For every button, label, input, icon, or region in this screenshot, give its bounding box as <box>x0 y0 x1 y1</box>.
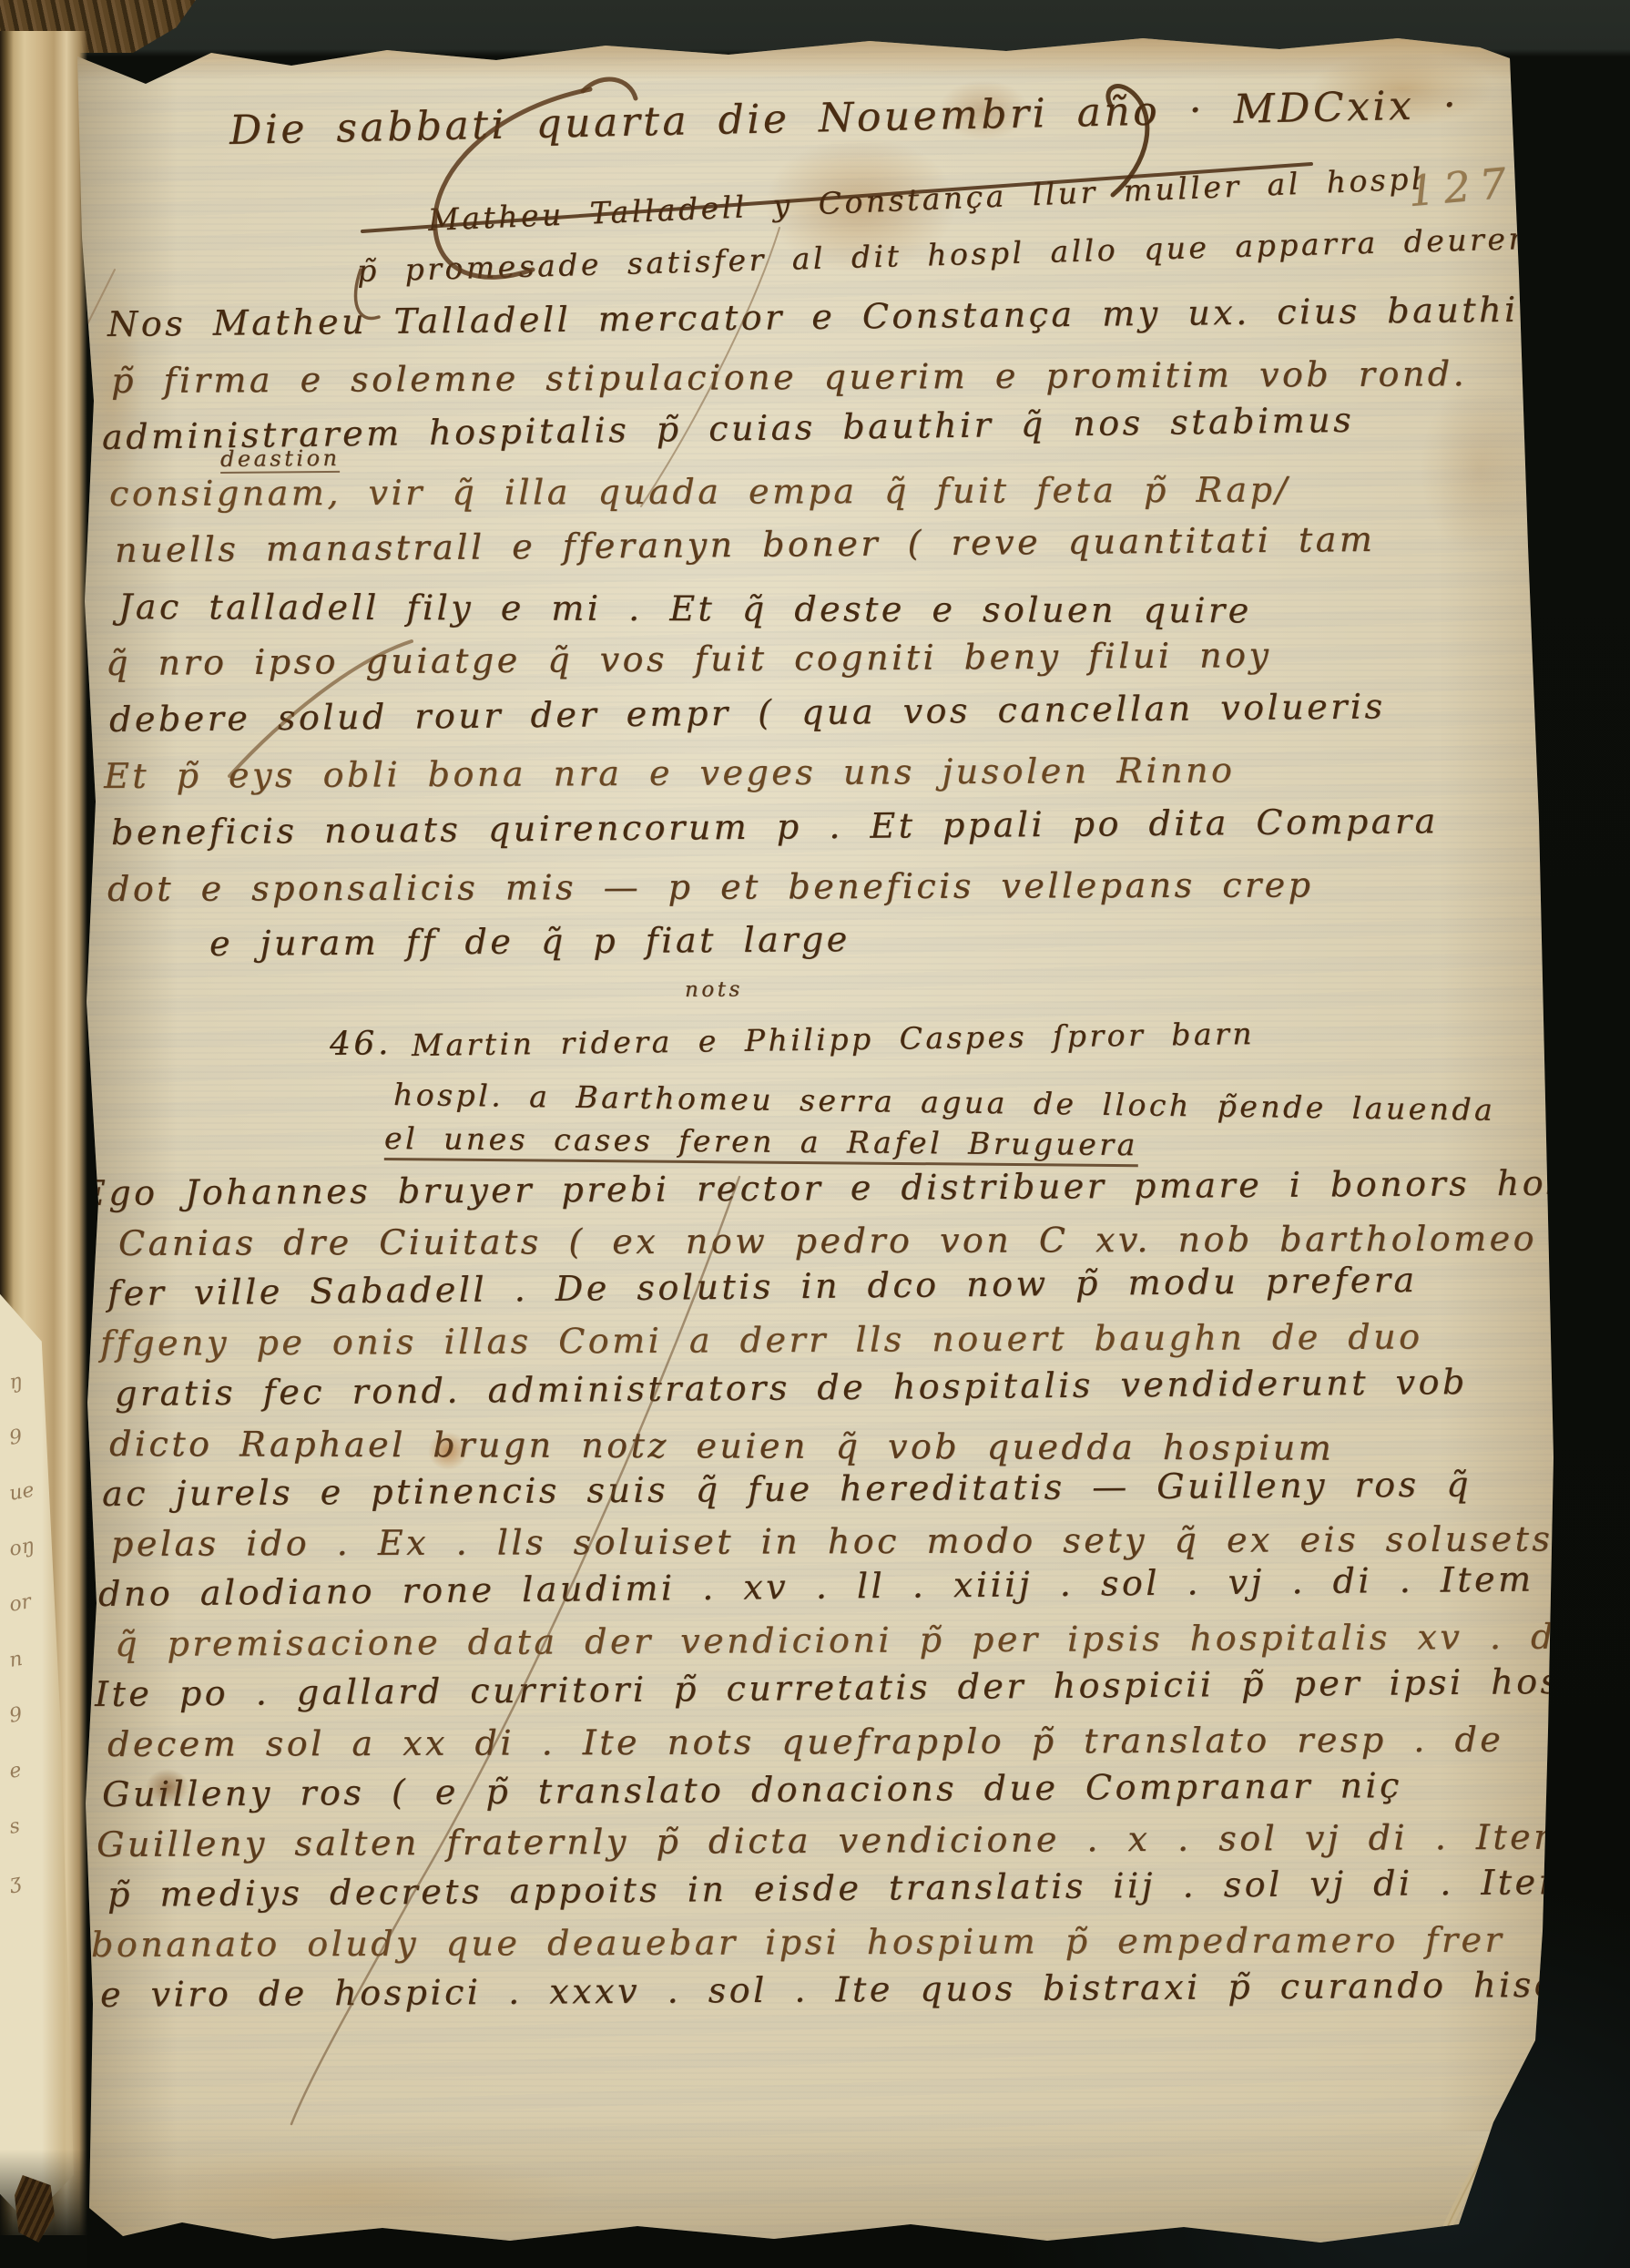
stain <box>1421 383 1539 556</box>
manuscript-line: p̃ firma e solemne stipulacione querim e… <box>111 353 1467 401</box>
manuscript-line: pelas ido . Ex . lls soluiset in hoc mod… <box>111 1518 1554 1564</box>
manuscript-line: dicto Raphael brugn notz euien q̃ vob qu… <box>109 1424 1334 1468</box>
manuscript-line: consignam, vir q̃ illa quada empa q̃ fui… <box>109 469 1290 514</box>
text-fragment: 9 <box>7 1416 74 1450</box>
manuscript-line: Et p̃ eys obli bona nra e veges uns juso… <box>104 750 1235 796</box>
manuscript-line: Jac talladell fily e mi . Et q̃ deste e … <box>118 587 1252 630</box>
text-fragment: ue <box>7 1472 74 1506</box>
manuscript-line: q̃ nro ipso guiatge q̃ vos fuit cogniti … <box>106 635 1272 683</box>
manuscript-photo: ŋ 9 ue oŋ or n 9 e s ʒ 127 Die sabbati q… <box>0 0 1630 2268</box>
text-fragment: oŋ <box>7 1527 74 1561</box>
manuscript-line: decem sol a xx di . Ite nots quefrapplo … <box>107 1720 1503 1764</box>
text-fragment: or <box>7 1583 74 1617</box>
manuscript-line: Canias dre Ciuitats ( ex now pedro von C… <box>118 1219 1537 1263</box>
manuscript-line: dot e sponsalicis mis — p et beneficis v… <box>107 864 1314 909</box>
manuscript-line: bonanato oludy que deauebar ipsi hospium… <box>91 1920 1504 1965</box>
stain <box>109 2150 583 2241</box>
manuscript-line: e juram ff de q̃ p fiat large <box>209 919 851 964</box>
previous-page-text-fragments: ŋ 9 ue oŋ or n 9 e s ʒ <box>9 1366 73 1889</box>
manuscript-page: 127 Die sabbati quarta die Nouembri año … <box>0 0 1630 2268</box>
manuscript-line: ffgeny pe onis illas Comi a derr lls nou… <box>100 1316 1423 1364</box>
toasted-top-edge <box>73 38 1521 80</box>
manuscript-line: Guilleny salten fraternly p̃ dicta vendi… <box>97 1817 1570 1864</box>
text-fragment: e <box>7 1750 74 1783</box>
text-fragment: n <box>7 1639 74 1672</box>
entry2-interline-note: nots <box>685 977 743 1002</box>
text-fragment: s <box>7 1805 74 1839</box>
entry2-title-line3: el unes cases feren a Rafel Bruguera <box>384 1120 1138 1167</box>
text-fragment: ŋ <box>7 1361 74 1395</box>
entry2-margin-number: 46. <box>330 1025 392 1063</box>
text-fragment: 9 <box>7 1694 74 1728</box>
manuscript-line: q̃ premisacione data der vendicioni p̃ p… <box>115 1617 1571 1664</box>
